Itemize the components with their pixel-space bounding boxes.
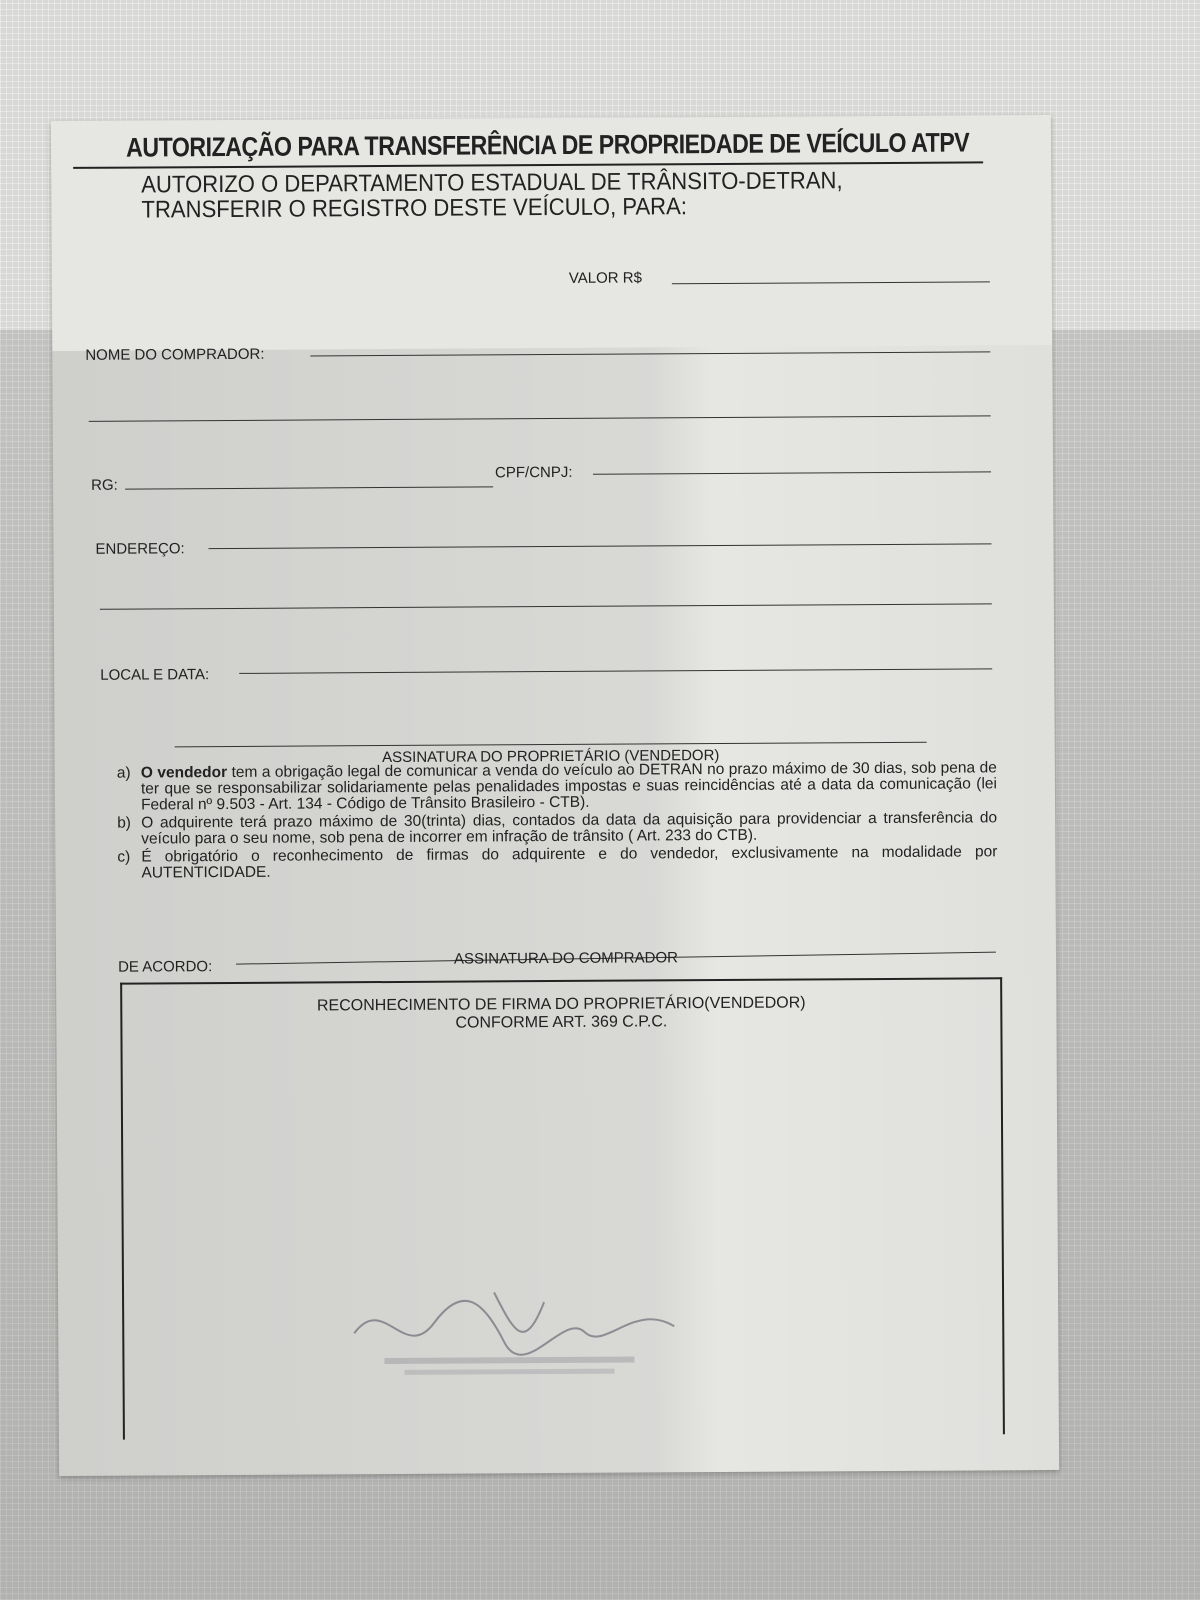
address-field-line2[interactable] <box>100 603 992 609</box>
cpf-cnpj-label: CPF/CNPJ: <box>495 464 573 481</box>
buyer-agree-label: DE ACORDO: <box>118 958 212 976</box>
legal-notes: a) O vendedor tem a obrigação legal de c… <box>117 760 998 883</box>
form-title: AUTORIZAÇÃO PARA TRANSFERÊNCIA DE PROPRI… <box>126 127 969 163</box>
authorization-text: AUTORIZO O DEPARTAMENTO ESTADUAL DE TRÂN… <box>141 168 843 222</box>
buyer-name-label: NOME DO COMPRADOR: <box>85 346 264 364</box>
address-label: ENDEREÇO: <box>95 540 184 558</box>
buyer-signature-label: ASSINATURA DO COMPRADOR <box>316 948 816 968</box>
note-a: a) O vendedor tem a obrigação legal de c… <box>117 760 997 813</box>
notary-recognition-box: RECONHECIMENTO DE FIRMA DO PROPRIETÁRIO(… <box>120 977 1005 1439</box>
valor-label: VALOR R$ <box>569 269 642 286</box>
cpf-cnpj-field[interactable] <box>593 471 991 474</box>
rg-label: RG: <box>91 477 118 494</box>
notary-box-title: RECONHECIMENTO DE FIRMA DO PROPRIETÁRIO(… <box>122 993 1000 1034</box>
place-date-field[interactable] <box>239 668 992 674</box>
rg-field[interactable] <box>125 486 493 489</box>
note-b: b) O adquirente terá prazo máximo de 30(… <box>117 810 997 847</box>
place-date-label: LOCAL E DATA: <box>100 666 209 684</box>
atpv-form: AUTORIZAÇÃO PARA TRANSFERÊNCIA DE PROPRI… <box>51 115 1059 1476</box>
valor-field[interactable] <box>672 281 990 284</box>
address-field[interactable] <box>208 543 991 549</box>
note-c: c) É obrigatório o reconhecimento de fir… <box>117 844 997 881</box>
buyer-name-field[interactable] <box>310 351 990 356</box>
buyer-name-field-line2[interactable] <box>89 415 991 422</box>
notary-stamp-signature <box>344 1271 685 1393</box>
